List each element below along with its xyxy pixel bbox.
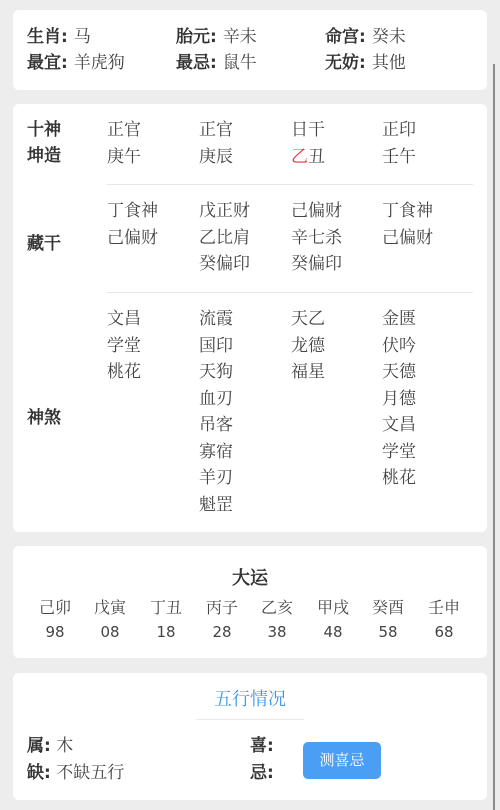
canggan-item: 癸偏印 xyxy=(291,251,342,278)
que-label: 缺: xyxy=(27,763,51,783)
shensha-item: 国印 xyxy=(199,333,233,360)
dayun-ganzhi: 丙子 xyxy=(194,597,250,619)
zuiji-label: 最忌: xyxy=(176,53,217,73)
divider xyxy=(107,292,473,293)
shensha-item: 福星 xyxy=(291,359,325,386)
shishen-label: 十神 xyxy=(27,117,61,143)
shensha-item: 魁罡 xyxy=(199,492,233,519)
scrollbar[interactable] xyxy=(493,64,495,810)
que-value: 不缺五行 xyxy=(56,763,124,783)
dayun-ganzhi: 乙亥 xyxy=(249,597,305,619)
dayun-age: 38 xyxy=(249,619,305,645)
pillar-day: 日干 乙丑 xyxy=(291,117,325,170)
dayun-item: 壬申 68 xyxy=(416,597,472,645)
canggan-item: 己偏财 xyxy=(291,198,342,225)
taiyuan-value: 辛未 xyxy=(223,27,257,47)
minggong-field: 命宫:癸未 xyxy=(325,24,406,50)
shensha-item: 伏吟 xyxy=(382,333,416,360)
stem-year: 庚 xyxy=(107,147,124,167)
dayun-ganzhi: 丁丑 xyxy=(138,597,194,619)
shensha-item: 桃花 xyxy=(382,465,416,492)
canggan-item: 丁食神 xyxy=(382,198,433,225)
que-field: 缺: 不缺五行 xyxy=(27,760,124,787)
dayun-item: 丁丑 18 xyxy=(138,597,194,645)
canggan-item: 乙比肩 xyxy=(199,225,250,252)
shensha-item: 流霞 xyxy=(199,306,233,333)
canggan-item: 辛七杀 xyxy=(291,225,342,252)
shensha-item: 天狗 xyxy=(199,359,233,386)
minggong-label: 命宫: xyxy=(325,27,366,47)
canggan-day: 己偏财 辛七杀 癸偏印 xyxy=(291,198,342,278)
shensha-item: 金匮 xyxy=(382,306,416,333)
taiyuan-label: 胎元: xyxy=(176,27,217,47)
shensha-item: 学堂 xyxy=(107,333,141,360)
shensha-item: 羊刃 xyxy=(199,465,233,492)
zuiyi-field: 最宜:羊虎狗 xyxy=(27,50,125,76)
canggan-item: 癸偏印 xyxy=(199,251,250,278)
shensha-item: 天德 xyxy=(382,359,416,386)
kunzao-label: 坤造 xyxy=(27,143,61,169)
shensha-item: 吊客 xyxy=(199,412,233,439)
shensha-item: 文昌 xyxy=(382,412,416,439)
dayun-title: 大运 xyxy=(13,564,487,590)
dayun-item: 戊寅 08 xyxy=(82,597,138,645)
shensha-item: 天乙 xyxy=(291,306,325,333)
shu-field: 属: 木 xyxy=(27,733,73,760)
branch-hour: 午 xyxy=(399,147,416,167)
xi-field: 喜: xyxy=(250,733,274,760)
canggan-item: 己偏财 xyxy=(107,225,158,252)
dayun-ganzhi: 癸酉 xyxy=(360,597,416,619)
shengxiao-label: 生肖: xyxy=(27,27,68,47)
stem-hour: 壬 xyxy=(382,147,399,167)
dayun-age: 28 xyxy=(194,619,250,645)
shu-value: 木 xyxy=(56,736,73,756)
canggan-label: 藏干 xyxy=(27,231,61,257)
bazi-chart-card: 十神 坤造 正官 庚午 正官 庚辰 日干 乙丑 正印 壬午 藏干 丁食神 己偏财… xyxy=(13,104,487,532)
shensha-item: 学堂 xyxy=(382,439,416,466)
canggan-month: 戊正财 乙比肩 癸偏印 xyxy=(199,198,250,278)
dayun-ganzhi: 壬申 xyxy=(416,597,472,619)
dayun-age: 98 xyxy=(27,619,83,645)
pillar-month: 正官 庚辰 xyxy=(199,117,233,170)
minggong-value: 癸未 xyxy=(372,27,406,47)
shengxiao-field: 生肖:马 xyxy=(27,24,91,50)
ji-label: 忌: xyxy=(250,763,274,783)
shishen-year: 正官 xyxy=(107,117,141,144)
branch-year: 午 xyxy=(124,147,141,167)
shishen-month: 正官 xyxy=(199,117,233,144)
dayun-age: 48 xyxy=(305,619,361,645)
basic-info-card: 生肖:马 胎元:辛未 命宫:癸未 最宜:羊虎狗 最忌:鼠牛 无妨:其他 xyxy=(13,10,487,90)
shensha-label: 神煞 xyxy=(27,405,61,431)
zuiji-field: 最忌:鼠牛 xyxy=(176,50,257,76)
shengxiao-value: 马 xyxy=(74,27,91,47)
dayun-item: 甲戌 48 xyxy=(305,597,361,645)
wufang-field: 无妨:其他 xyxy=(325,50,406,76)
branch-month: 辰 xyxy=(216,147,233,167)
xi-label: 喜: xyxy=(250,736,274,756)
dayun-age: 58 xyxy=(360,619,416,645)
shensha-item: 桃花 xyxy=(107,359,141,386)
canggan-year: 丁食神 己偏财 xyxy=(107,198,158,251)
branch-day: 丑 xyxy=(308,147,325,167)
shensha-item: 文昌 xyxy=(107,306,141,333)
shu-label: 属: xyxy=(27,736,51,756)
zuiji-value: 鼠牛 xyxy=(223,53,257,73)
pillar-hour: 正印 壬午 xyxy=(382,117,416,170)
dayun-age: 68 xyxy=(416,619,472,645)
stem-day: 乙 xyxy=(291,147,308,167)
dayun-item: 乙亥 38 xyxy=(249,597,305,645)
dayun-ganzhi: 甲戌 xyxy=(305,597,361,619)
shishen-day: 日干 xyxy=(291,117,325,144)
shensha-hour: 金匮 伏吟 天德 月德 文昌 学堂 桃花 xyxy=(382,306,416,492)
taiyuan-field: 胎元:辛未 xyxy=(176,24,257,50)
zuiyi-label: 最宜: xyxy=(27,53,68,73)
wufang-label: 无妨: xyxy=(325,53,366,73)
dayun-ganzhi: 己卯 xyxy=(27,597,83,619)
wuxing-card: 五行情况 属: 木 缺: 不缺五行 喜: 忌: 测喜忌 xyxy=(13,673,487,800)
divider xyxy=(107,184,473,185)
ji-field: 忌: xyxy=(250,760,274,787)
dayun-card: 大运 己卯 98 戊寅 08 丁丑 18 丙子 28 乙亥 38 甲戌 48 癸… xyxy=(13,546,487,658)
wufang-value: 其他 xyxy=(372,53,406,73)
dayun-item: 丙子 28 xyxy=(194,597,250,645)
shishen-hour: 正印 xyxy=(382,117,416,144)
dayun-age: 18 xyxy=(138,619,194,645)
shensha-item: 血刃 xyxy=(199,386,233,413)
test-xiji-button[interactable]: 测喜忌 xyxy=(303,742,381,779)
shensha-month: 流霞 国印 天狗 血刃 吊客 寡宿 羊刃 魁罡 xyxy=(199,306,233,518)
dayun-item: 癸酉 58 xyxy=(360,597,416,645)
dayun-item: 己卯 98 xyxy=(27,597,83,645)
canggan-item: 戊正财 xyxy=(199,198,250,225)
shensha-item: 月德 xyxy=(382,386,416,413)
wuxing-title: 五行情况 xyxy=(13,685,487,711)
dayun-ganzhi: 戊寅 xyxy=(82,597,138,619)
zuiyi-value: 羊虎狗 xyxy=(74,53,125,73)
dayun-age: 08 xyxy=(82,619,138,645)
pillar-year: 正官 庚午 xyxy=(107,117,141,170)
canggan-item: 己偏财 xyxy=(382,225,433,252)
shensha-item: 寡宿 xyxy=(199,439,233,466)
shensha-year: 文昌 学堂 桃花 xyxy=(107,306,141,386)
shensha-item: 龙德 xyxy=(291,333,325,360)
canggan-hour: 丁食神 己偏财 xyxy=(382,198,433,251)
stem-month: 庚 xyxy=(199,147,216,167)
shensha-day: 天乙 龙德 福星 xyxy=(291,306,325,386)
canggan-item: 丁食神 xyxy=(107,198,158,225)
title-underline xyxy=(196,719,304,720)
